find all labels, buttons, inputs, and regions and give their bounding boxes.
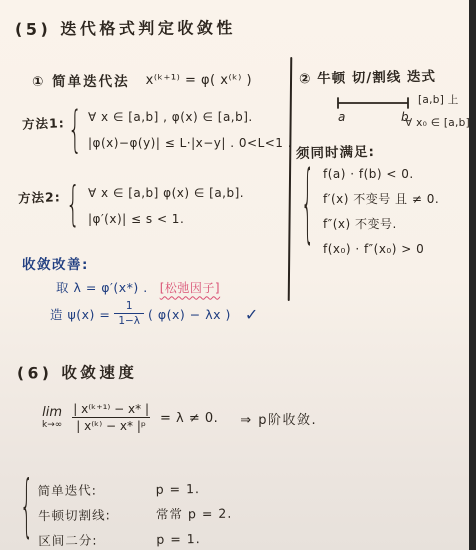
newton-conditions-brace: { (301, 162, 314, 248)
method1-line-1: ∀ x ∈ [a,b] , φ(x) ∈ [a,b]. (88, 104, 292, 130)
limit-subscript: k→∞ (42, 421, 62, 430)
speed-fraction-denominator: | x⁽ᵏ⁾ − x* |ᵖ (72, 417, 150, 434)
order-value: p = 1. (155, 476, 200, 502)
method2-line-1: ∀ x ∈ [a,b] φ(x) ∈ [a,b]. (88, 180, 244, 206)
newton-condition-4: f(x₀) · f″(x₀) > 0 (323, 237, 439, 262)
orders-list: 简单迭代: p = 1. 牛顿切割线: 常常 p = 2. 区间二分: p = … (37, 476, 232, 550)
speed-formula-row: lim k→∞ | x⁽ᵏ⁺¹⁾ − x* | | x⁽ᵏ⁾ − x* |ᵖ =… (42, 402, 317, 434)
order-row-simple: 简单迭代: p = 1. (37, 476, 232, 504)
method1-conditions: ∀ x ∈ [a,b] , φ(x) ∈ [a,b]. |φ(x)−φ(y)| … (88, 104, 292, 156)
limit-operator: lim k→∞ (42, 406, 62, 430)
method2-label: 方法2: (18, 187, 61, 206)
interval-note: [a,b] 上 (418, 92, 459, 107)
interval-segment-drawing (334, 96, 412, 110)
simple-iteration-header: ① 简单迭代法 (32, 70, 130, 90)
newton-condition-2: f′(x) 不变号 且 ≠ 0. (323, 187, 439, 212)
checkmark-icon: ✓ (245, 305, 258, 324)
right-edge-bar (469, 0, 476, 550)
method2-brace: { (66, 182, 80, 229)
order-value: p = 1. (156, 526, 201, 550)
simple-iteration-formula: x⁽ᵏ⁺¹⁾ = φ( x⁽ᵏ⁾ ) (146, 73, 252, 88)
method1-line-2: |φ(x)−φ(y)| ≤ L·|x−y| . 0<L<1 . (88, 130, 292, 156)
order-name: 牛顿切割线: (38, 502, 156, 529)
fraction-numerator: 1 (123, 300, 136, 313)
method2-line-2: |φ′(x)| ≤ s < 1. (88, 206, 244, 232)
speed-equals: = λ ≠ 0. (160, 411, 218, 426)
order-value: 常常 p = 2. (156, 501, 233, 527)
method2-conditions: ∀ x ∈ [a,b] φ(x) ∈ [a,b]. |φ′(x)| ≤ s < … (88, 180, 244, 232)
newton-conditions-list: f(a) · f(b) < 0. f′(x) 不变号 且 ≠ 0. f″(x) … (323, 162, 439, 262)
speed-fraction: | x⁽ᵏ⁺¹⁾ − x* | | x⁽ᵏ⁾ − x* |ᵖ (70, 402, 152, 434)
speed-implication: ⇒ p阶收敛. (240, 409, 317, 428)
order-row-newton: 牛顿切割线: 常常 p = 2. (38, 501, 233, 529)
speed-header: (6) 收敛速度 (17, 361, 138, 384)
simple-iteration-header-row: ① 简单迭代法 x⁽ᵏ⁺¹⁾ = φ( x⁽ᵏ⁾ ) (32, 70, 252, 90)
order-row-bisection: 区间二分: p = 1. (38, 526, 233, 550)
improvement-take-row: 取 λ = φ′(x*) . [松弛因子] (56, 278, 220, 296)
improvement-header: 收敛改善: (22, 253, 89, 273)
segment-left-label: a (338, 110, 346, 124)
improvement-construct-suffix: ( φ(x) − λx ) (148, 307, 231, 322)
page-title: (5) 迭代格式判定收敛性 (15, 15, 236, 40)
method1-label: 方法1: (22, 113, 65, 132)
improvement-fraction: 1 1−λ (114, 300, 144, 328)
column-divider-line (288, 57, 293, 301)
relaxation-factor-note: [松弛因子] (160, 279, 220, 296)
order-name: 区间二分: (38, 527, 156, 550)
newton-condition-1: f(a) · f(b) < 0. (323, 162, 439, 187)
orders-brace: { (20, 474, 33, 542)
start-point-note: ∀ x₀ ∈ [a,b] (405, 117, 470, 129)
handwritten-note-page: (5) 迭代格式判定收敛性 ① 简单迭代法 x⁽ᵏ⁺¹⁾ = φ( x⁽ᵏ⁾ )… (0, 0, 476, 550)
newton-condition-3: f″(x) 不变号. (323, 212, 439, 237)
fraction-denominator: 1−λ (114, 313, 144, 328)
newton-header: ② 牛顿 切/割线 迭式 (299, 65, 436, 87)
improvement-construct-row: 造 ψ(x) = 1 1−λ ( φ(x) − λx ) ✓ (50, 300, 258, 328)
method1-brace: { (68, 106, 82, 155)
limit-label: lim (42, 406, 62, 419)
improvement-construct-prefix: 造 ψ(x) = (50, 305, 110, 323)
order-name: 简单迭代: (37, 477, 155, 504)
improvement-take-line: 取 λ = φ′(x*) . (56, 278, 148, 296)
speed-fraction-numerator: | x⁽ᵏ⁺¹⁾ − x* | (70, 402, 152, 417)
